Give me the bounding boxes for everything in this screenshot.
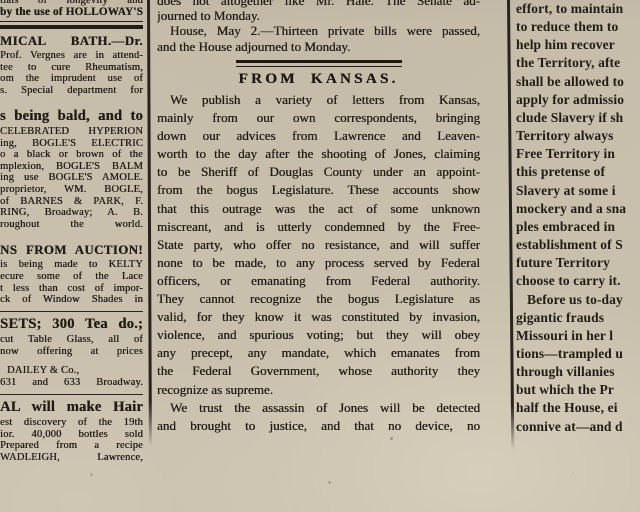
text-line: Slavery at some i — [516, 182, 640, 200]
text-line: Before us to-day — [516, 291, 640, 309]
text-line: They cannot recognize the bogus Legislat… — [157, 290, 480, 308]
text-line: apply for admissio — [516, 91, 640, 109]
section-divider-bar — [0, 21, 143, 29]
text-line: ing, BOGLE'S ELECTRIC — [0, 138, 143, 150]
divider — [0, 357, 143, 365]
article-from-kansas: We publish a variety of letters from Kan… — [157, 91, 480, 435]
text-line: half the House, ei — [516, 399, 640, 417]
text-line: is being made to KELTY — [0, 259, 143, 271]
text-line: from the bogus Legislature. These accoun… — [157, 181, 480, 199]
text-line: ples embraced in — [516, 218, 640, 236]
text-line: om the imprudent use of — [0, 73, 143, 85]
text-line: ck of Window Shades in — [0, 294, 143, 306]
text-line: RING, Broadway; A. B. — [0, 207, 143, 219]
text-line: est discovery of the 19th — [0, 417, 143, 429]
center-column: does not altogether like Mr. Hale. The S… — [157, 0, 480, 462]
text-line: and brought to justice, and that no devi… — [157, 417, 480, 435]
text-line: gigantic frauds — [516, 309, 640, 327]
text-line: House, May 2.—Thirteen private bills wer… — [157, 23, 480, 38]
ad-header: MICAL BATH.—Dr. — [0, 34, 143, 48]
section-divider-rule — [0, 311, 143, 312]
text-line: s. Special department for — [0, 85, 143, 97]
text-line: Missouri in her l — [516, 327, 640, 345]
text-line: any precept, any mandate, which emanates… — [157, 344, 480, 362]
text-line: through villanies — [516, 363, 640, 381]
text-line: the Territory, afte — [516, 54, 640, 72]
text-line: but which the Pr — [516, 381, 640, 399]
text-line: DAILEY & Co., — [0, 365, 143, 377]
ad-header: SETS; 300 Tea do.; — [0, 316, 143, 333]
text-line: establishment of S — [516, 236, 640, 254]
text-line: effort, to maintain — [516, 0, 640, 18]
text-line: journed to Monday. — [157, 8, 480, 23]
text-line: o a black or brown of the — [0, 149, 143, 161]
text-line: roughout the world. — [0, 219, 143, 231]
text-line: Prof. Vergnes are in attend- — [0, 50, 143, 62]
text-line: WADLEIGH, Lawrence, — [0, 452, 143, 462]
text-line: Territory always — [516, 127, 640, 145]
text-line: down our advices from Lawrence and Leave… — [157, 127, 480, 145]
text-line: We trust the assassin of Jones will be d… — [157, 399, 480, 417]
text-line: to reduce them to — [516, 18, 640, 36]
text-line: mockery and a sna — [516, 200, 640, 218]
congress-report: does not altogether like Mr. Hale. The S… — [157, 0, 480, 54]
text-line: to be Sheriff of Douglas County under an… — [157, 163, 480, 181]
column-rule-left — [147, 0, 152, 446]
text-line: that this outrage was the act of some un… — [157, 200, 480, 218]
text-line: this pretense of — [516, 163, 640, 181]
text-line: ecure some of the Lace — [0, 271, 143, 283]
article-headline: FROM KANSAS. — [157, 70, 480, 88]
text-line: help him recover — [516, 36, 640, 54]
ad-header: NS FROM AUCTION! — [0, 243, 143, 257]
text-line: connive at—and d — [516, 418, 640, 436]
text-line: and the House adjourned to Monday. — [157, 39, 480, 54]
text-line: mplexion, BOGLE'S BALM — [0, 161, 143, 173]
paper-foxing-specks — [390, 437, 393, 440]
ad-header: AL will make Hair — [0, 399, 143, 416]
text-line: 631 and 633 Broadway. — [0, 377, 143, 389]
left-column-ads: tials of longevity andby the use of HOLL… — [0, 0, 143, 462]
headline-double-rule — [236, 60, 402, 67]
divider — [0, 230, 143, 241]
text-line: miscreant, and is utterly condemned by t… — [157, 218, 480, 236]
text-line: CELEBRATED HYPERION — [0, 126, 143, 138]
text-line: shall be allowed to — [516, 73, 640, 91]
text-line: of BARNES & PARK, F. — [0, 196, 143, 208]
text-line: tee to cure Rheumatism, — [0, 62, 143, 74]
ad-header: s being bald, and to — [0, 108, 143, 125]
text-line: future Territory — [516, 254, 640, 272]
text-line: t less than cost of impor- — [0, 283, 143, 295]
clipped-text-line: does not altogether like Mr. Hale. The S… — [157, 0, 480, 8]
text-line: the Federal Government, whose authority … — [157, 362, 480, 380]
text-line: valid, for they know it was constituted … — [157, 308, 480, 326]
text-line: officers, or emanating from Federal auth… — [157, 272, 480, 290]
text-line: mainly from our own correspondents, brin… — [157, 109, 480, 127]
section-divider-rule — [0, 394, 143, 395]
text-line: by the use of HOLLOWAY'S — [0, 7, 143, 19]
text-line: violence, and spurious voting; but they … — [157, 326, 480, 344]
text-line: worth to the day after the shooting of J… — [157, 145, 480, 163]
divider — [0, 97, 143, 105]
text-line: tions—trampled u — [516, 345, 640, 363]
text-line: recognize as supreme. — [157, 381, 480, 399]
text-line: clude Slavery if sh — [516, 109, 640, 127]
newspaper-page: tials of longevity andby the use of HOLL… — [0, 0, 640, 512]
text-line: Free Territory in — [516, 145, 640, 163]
column-rule-right — [507, 0, 514, 450]
text-line: proprietor, WM. BOGLE, — [0, 184, 143, 196]
text-line: cut Table Glass, all of — [0, 334, 143, 346]
text-line: now offering at prices — [0, 346, 143, 358]
text-line: We publish a variety of letters from Kan… — [157, 91, 480, 109]
text-line: State party, who offer no resistance, an… — [157, 236, 480, 254]
text-line: choose to carry it. — [516, 272, 640, 290]
text-line: Prepared from a recipe — [0, 440, 143, 452]
text-line: none to be made, to any process served b… — [157, 254, 480, 272]
text-line: ing use BOGLE'S AMOLE. — [0, 172, 143, 184]
right-column: effort, to maintainto reduce them tohelp… — [516, 0, 640, 462]
text-line: ior. 40,000 bottles sold — [0, 429, 143, 441]
